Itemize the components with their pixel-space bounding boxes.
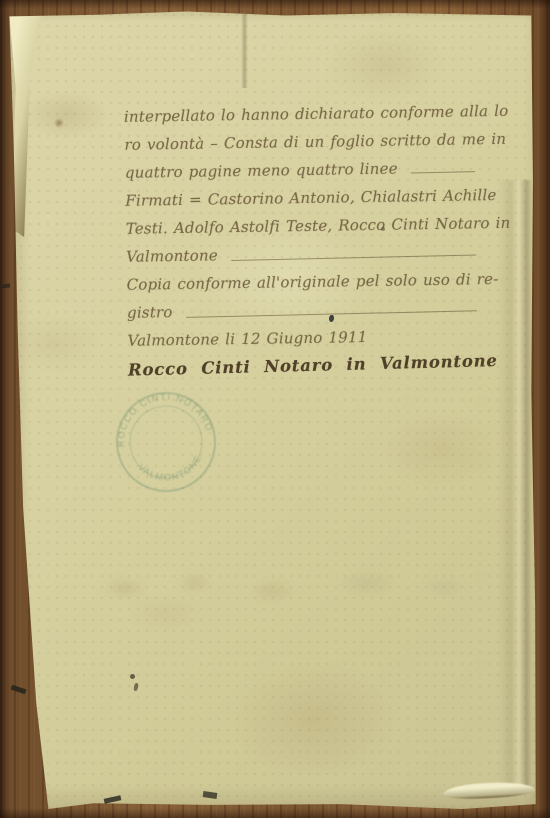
watermark-ghost <box>78 556 468 618</box>
svg-text:VALMONTONE: VALMONTONE <box>135 452 207 489</box>
folded-corner <box>4 12 46 237</box>
line-text: Valmontone <box>126 245 218 266</box>
flourish-rule <box>231 254 476 261</box>
date-line: Valmontone li 12 Giugno 1911 <box>127 325 483 351</box>
paper-sheet: interpellato lo hanno dichiarato conform… <box>0 0 550 818</box>
paper-crease-top <box>241 14 248 88</box>
handwritten-line: Firmati = Castorino Antonio, Chialastri … <box>125 185 481 211</box>
line-text: gistro <box>127 302 173 323</box>
line-text: Testi. Adolfo Astolfi Teste, Rocco Cinti… <box>126 213 511 239</box>
flourish-rule <box>411 171 475 173</box>
handwritten-line: Copia conforme all'originale pel solo us… <box>126 269 482 295</box>
handwritten-line: quattro pagine meno quattro linee <box>125 157 481 183</box>
ink-speck <box>130 674 135 679</box>
notary-stamp: ROCCO CINTI NOTARO VALMONTONE <box>101 377 231 507</box>
line-text: Firmati = Castorino Antonio, Chialastri … <box>125 185 497 211</box>
edge-clip <box>11 685 27 694</box>
line-text: interpellato lo hanno dichiarato conform… <box>124 101 509 127</box>
handwritten-line: Testi. Adolfo Astolfi Teste, Rocco Cinti… <box>126 213 482 239</box>
line-text: Valmontone li 12 Giugno 1911 <box>127 327 367 351</box>
handwritten-line: gistro <box>127 297 483 323</box>
stain-dot <box>54 118 64 128</box>
line-text: ro volontà – Consta di un foglio scritto… <box>124 129 506 155</box>
signature-text: Rocco Cinti Notaro in Valmontone <box>128 351 498 381</box>
handwritten-line: Valmontone <box>126 241 482 267</box>
handwritten-line: ro volontà – Consta di un foglio scritto… <box>124 129 480 155</box>
handwritten-text-block: interpellato lo hanno dichiarato conform… <box>124 101 484 387</box>
notary-signature: Rocco Cinti Notaro in Valmontone <box>128 351 484 380</box>
line-text: Copia conforme all'originale pel solo us… <box>126 269 498 295</box>
edge-clip <box>1 283 10 288</box>
paper-crease-right <box>498 180 532 792</box>
wood-table-background: interpellato lo hanno dichiarato conform… <box>0 0 550 818</box>
stamp-arc-bottom-text: VALMONTONE <box>135 452 207 489</box>
handwritten-line: interpellato lo hanno dichiarato conform… <box>124 101 480 127</box>
svg-text:ROCCO CINTI NOTARO: ROCCO CINTI NOTARO <box>108 384 215 449</box>
ink-speck <box>381 227 385 231</box>
stamp-arc-top-text: ROCCO CINTI NOTARO <box>108 384 215 449</box>
line-text: quattro pagine meno quattro linee <box>125 159 398 183</box>
paper-curl-bottom-right <box>443 781 536 801</box>
